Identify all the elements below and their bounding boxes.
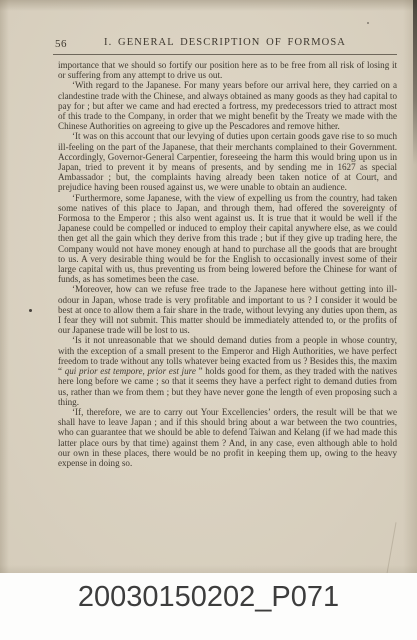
paragraph: ‘If, therefore, we are to carry out Your…: [58, 407, 397, 468]
page-header: 56 I. GENERAL DESCRIPTION OF FORMOSA: [53, 37, 397, 52]
paragraph: ‘It was on this account that our levying…: [58, 131, 397, 192]
page-edge-shadow: [413, 0, 417, 165]
paragraph-text: ‘It was on this account that our levying…: [58, 131, 397, 192]
header-rule: [53, 54, 397, 55]
ink-speck: [367, 22, 369, 24]
ink-speck: [29, 309, 32, 312]
archive-label: 20030150202_P071: [0, 582, 417, 612]
paragraph-text: ‘With regard to the Japanese. For many y…: [58, 80, 397, 131]
running-title: I. GENERAL DESCRIPTION OF FORMOSA: [53, 37, 397, 48]
paragraph: ‘Moreover, how can we refuse free trade …: [58, 284, 397, 335]
scan-page: 56 I. GENERAL DESCRIPTION OF FORMOSA imp…: [0, 0, 417, 573]
latin-maxim: qui prior est tempore, prior est jure: [65, 366, 196, 376]
paragraph-text: ‘Moreover, how can we refuse free trade …: [58, 284, 397, 335]
paragraph-text: ‘If, therefore, we are to carry out Your…: [58, 407, 397, 468]
paragraph: ‘With regard to the Japanese. For many y…: [58, 80, 397, 131]
paragraph-text: ‘Furthermore, some Japanese, with the vi…: [58, 193, 397, 285]
paper-crease: [386, 522, 396, 573]
page-body: importance that we should so fortify our…: [58, 60, 397, 468]
paragraph: ‘Furthermore, some Japanese, with the vi…: [58, 193, 397, 285]
paragraph: importance that we should so fortify our…: [58, 60, 397, 80]
paragraph-text: importance that we should so fortify our…: [58, 60, 397, 80]
archive-label-strip: 20030150202_P071: [0, 573, 417, 640]
paragraph: ‘Is it not unreasonable that we should d…: [58, 335, 397, 406]
